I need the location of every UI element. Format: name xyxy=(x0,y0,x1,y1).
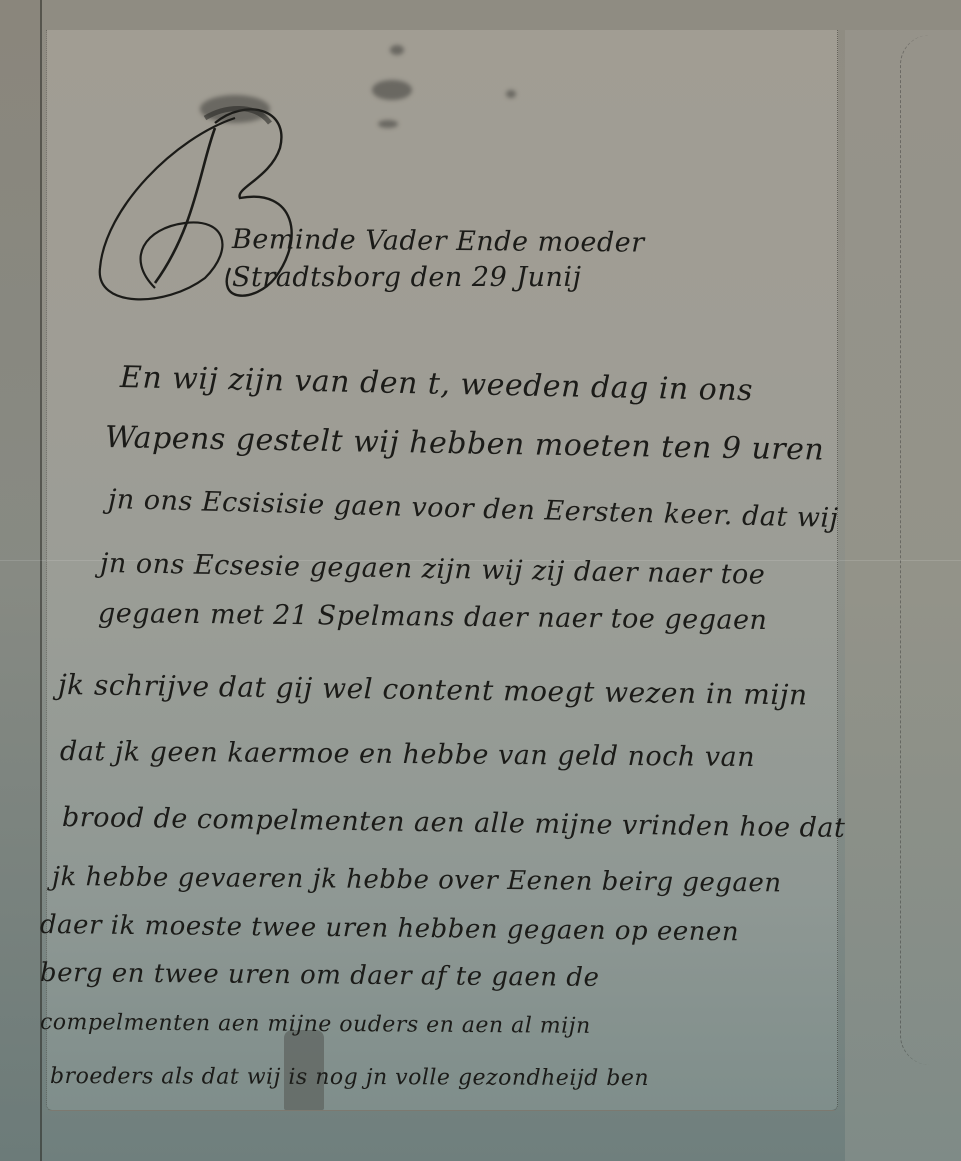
letter-line: berg en twee uren om daer af te gaen de xyxy=(40,958,600,993)
scan-left-strip xyxy=(0,0,40,1161)
letter-line: dat jk geen kaermoe en hebbe van geld no… xyxy=(60,736,755,773)
letter-line: compelmenten aen mijne ouders en aen al … xyxy=(40,1010,591,1039)
salutation: Beminde Vader Ende moeder xyxy=(232,224,645,259)
margin-sketch-trace xyxy=(900,35,961,1065)
ink-smudge xyxy=(378,120,398,128)
letter-line: jk hebbe gevaeren jk hebbe over Eenen be… xyxy=(52,862,782,898)
ink-smudge xyxy=(372,80,412,100)
ink-smudge xyxy=(506,90,516,98)
ink-smudge xyxy=(390,45,404,55)
place-date: Stradtsborg den 29 Junij xyxy=(232,262,581,293)
letter-line: broeders als dat wij is nog jn volle gez… xyxy=(50,1064,649,1091)
